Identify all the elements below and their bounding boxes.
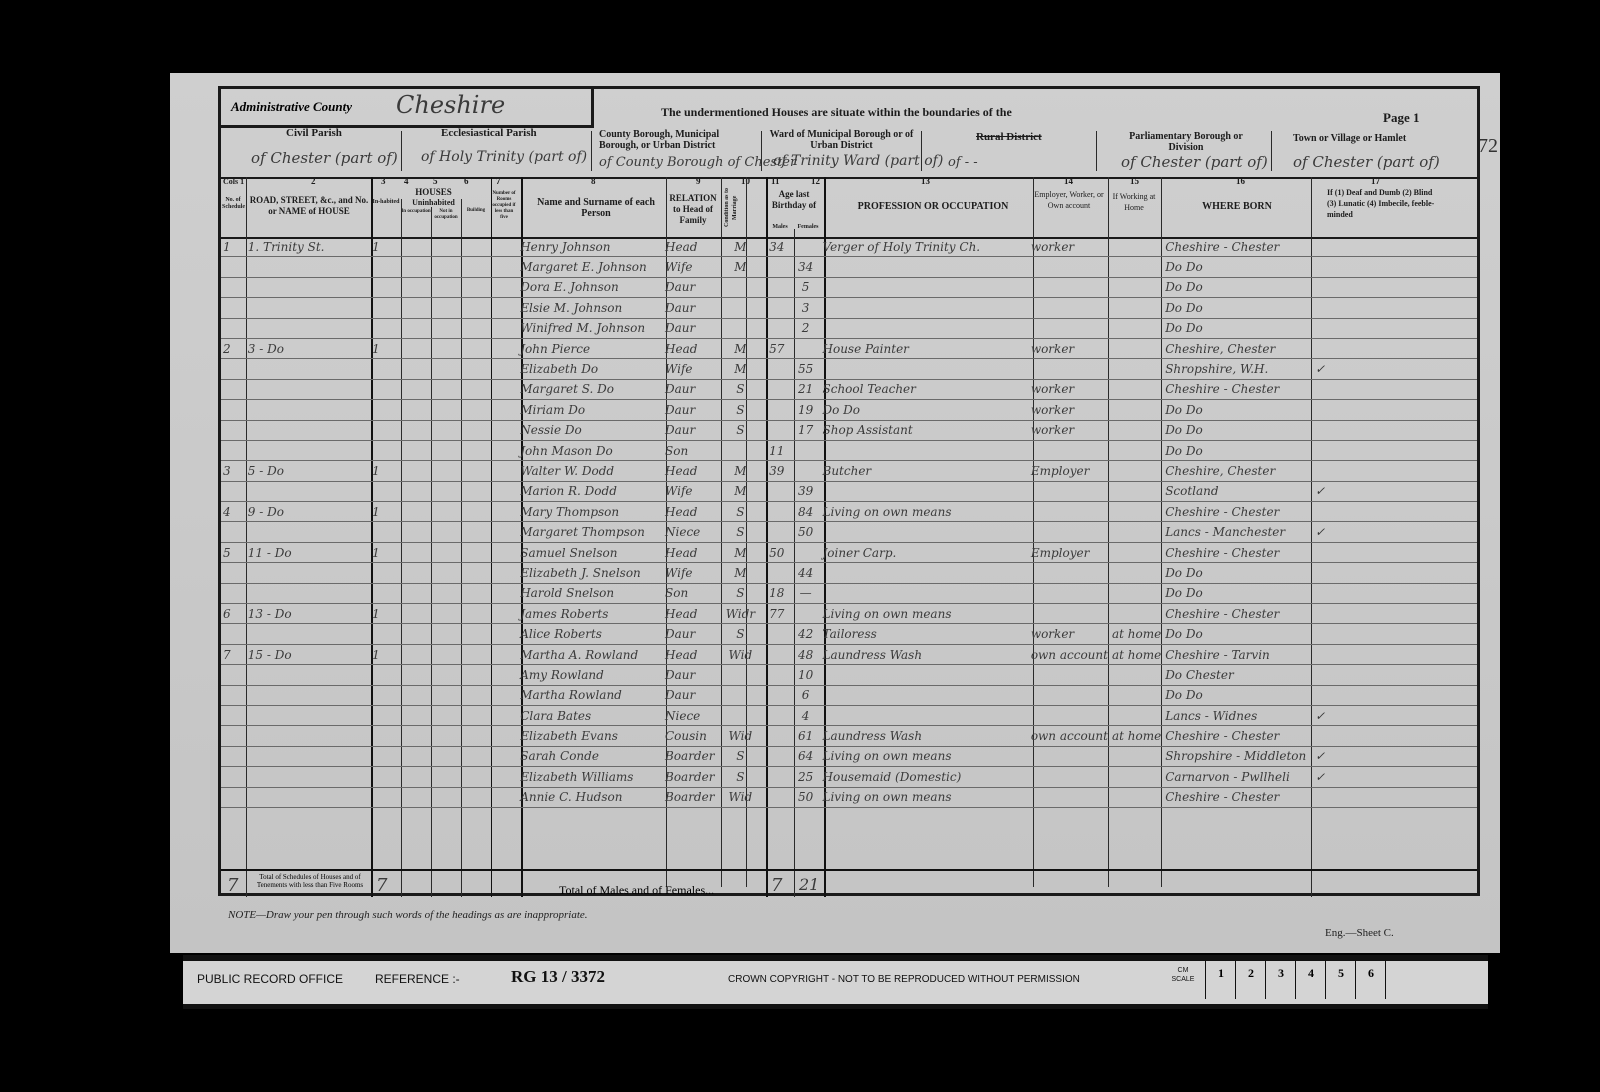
male-age-cell [763, 257, 791, 277]
uninhabited-cell [400, 604, 489, 624]
at-home-cell [1110, 522, 1163, 542]
condition-cell: M [718, 481, 763, 501]
occupation-cell: Butcher [821, 461, 1029, 481]
inhabited-cell [370, 665, 400, 685]
condition-cell: S [718, 502, 763, 522]
schedule-cell [221, 767, 246, 787]
inhabited-cell [370, 685, 400, 705]
road-cell: 3 - Do [246, 338, 370, 358]
col-athome-header: If Working at Home [1109, 191, 1159, 213]
col-name-header: Name and Surname of each Person [531, 197, 661, 219]
name-cell: Walter W. Dodd [518, 461, 663, 481]
infirmity-cell [1313, 257, 1477, 277]
infirmity-cell [1313, 237, 1477, 257]
table-row: Winifred M. JohnsonDaur2Do Do [221, 318, 1477, 338]
road-cell: 1. Trinity St. [246, 237, 370, 257]
male-age-cell [763, 502, 791, 522]
male-age-cell [763, 277, 791, 297]
birthplace-cell: Cheshire - Chester [1163, 787, 1313, 807]
condition-cell: S [718, 767, 763, 787]
schedule-cell: 4 [221, 502, 246, 522]
road-cell [246, 726, 370, 746]
birthplace-cell: Cheshire - Tarvin [1163, 644, 1313, 664]
rooms-cell [489, 420, 519, 440]
condition-cell: M [718, 359, 763, 379]
schedule-cell [221, 359, 246, 379]
infirmity-cell [1313, 644, 1477, 664]
inhabited-cell: 1 [370, 502, 400, 522]
female-age-cell [791, 338, 821, 358]
at-home-cell [1110, 420, 1163, 440]
schedule-cell [221, 563, 246, 583]
schedule-cell: 7 [221, 644, 246, 664]
side-page-number: 72 [1478, 135, 1498, 158]
uninhabited-cell [400, 787, 489, 807]
at-home-cell [1110, 400, 1163, 420]
rooms-cell [489, 542, 519, 562]
birthplace-cell: Do Do [1163, 440, 1313, 460]
at-home-cell [1110, 665, 1163, 685]
schedule-cell: 5 [221, 542, 246, 562]
total-houses: 7 [376, 875, 387, 896]
inhabited-cell [370, 787, 400, 807]
schedule-cell: 2 [221, 338, 246, 358]
schedule-cell: 1 [221, 237, 246, 257]
name-cell: Nessie Do [518, 420, 663, 440]
employer-cell: own account [1029, 726, 1110, 746]
occupation-cell [821, 277, 1029, 297]
relation-cell: Boarder [663, 787, 718, 807]
condition-cell: M [718, 338, 763, 358]
uninhabited-cell [400, 542, 489, 562]
name-cell: Alice Roberts [518, 624, 663, 644]
birthplace-cell: Do Do [1163, 257, 1313, 277]
road-cell [246, 624, 370, 644]
schedule-cell: 3 [221, 461, 246, 481]
inhabited-cell [370, 420, 400, 440]
county-borough-value: of County Borough of Chester [599, 155, 796, 170]
at-home-cell [1110, 685, 1163, 705]
occupation-cell [821, 318, 1029, 338]
condition-cell: S [718, 583, 763, 603]
uninhabited-cell [400, 277, 489, 297]
road-cell [246, 705, 370, 725]
male-age-cell [763, 644, 791, 664]
inhabited-cell [370, 379, 400, 399]
table-row: Harold SnelsonSonS18—Do Do [221, 583, 1477, 603]
uninhabited-cell [400, 359, 489, 379]
condition-cell: S [718, 746, 763, 766]
table-row: Elizabeth EvansCousinWid61Laundress Wash… [221, 726, 1477, 746]
uninhabited-cell [400, 237, 489, 257]
table-row: Margaret S. DoDaurS21School Teacherworke… [221, 379, 1477, 399]
infirmity-cell [1313, 542, 1477, 562]
col-employer-header: Employer, Worker, or Own account [1033, 189, 1105, 211]
relation-cell: Daur [663, 665, 718, 685]
at-home-cell [1110, 787, 1163, 807]
schedule-cell [221, 583, 246, 603]
female-age-cell: 3 [791, 298, 821, 318]
infirmity-cell [1313, 379, 1477, 399]
birthplace-cell: Carnarvon - Pwllheli [1163, 767, 1313, 787]
relation-cell: Daur [663, 379, 718, 399]
name-cell: Clara Bates [518, 705, 663, 725]
inhabited-cell [370, 359, 400, 379]
relation-cell: Head [663, 237, 718, 257]
at-home-cell: at home [1110, 726, 1163, 746]
col-road-header: ROAD, STREET, &c., and No. or NAME of HO… [249, 195, 369, 217]
relation-cell: Cousin [663, 726, 718, 746]
schedule-cell [221, 440, 246, 460]
rooms-cell [489, 604, 519, 624]
civil-parish-label: Civil Parish [286, 127, 342, 139]
name-cell: Martha A. Rowland [518, 644, 663, 664]
uninhabited-cell [400, 522, 489, 542]
inhabited-cell: 1 [370, 237, 400, 257]
birthplace-cell: Cheshire - Chester [1163, 726, 1313, 746]
birthplace-cell: Cheshire - Chester [1163, 604, 1313, 624]
occupation-cell: Housemaid (Domestic) [821, 767, 1029, 787]
name-cell: Marion R. Dodd [518, 481, 663, 501]
road-cell [246, 665, 370, 685]
road-cell: 5 - Do [246, 461, 370, 481]
name-cell: Mary Thompson [518, 502, 663, 522]
schedule-cell [221, 318, 246, 338]
condition-cell [718, 665, 763, 685]
name-cell: Elizabeth Do [518, 359, 663, 379]
employer-cell [1029, 705, 1110, 725]
male-age-cell: 11 [763, 440, 791, 460]
occupation-cell: Laundress Wash [821, 726, 1029, 746]
uninhabited-cell [400, 583, 489, 603]
road-cell [246, 583, 370, 603]
condition-cell: S [718, 624, 763, 644]
infirmity-cell [1313, 400, 1477, 420]
female-age-cell: 25 [791, 767, 821, 787]
inhabited-cell [370, 563, 400, 583]
road-cell: 9 - Do [246, 502, 370, 522]
schedule-cell [221, 257, 246, 277]
table-row: Miriam DoDaurS19Do DoworkerDo Do [221, 400, 1477, 420]
occupation-cell [821, 481, 1029, 501]
infirmity-cell [1313, 420, 1477, 440]
employer-cell [1029, 502, 1110, 522]
female-age-cell: 4 [791, 705, 821, 725]
occupation-cell [821, 563, 1029, 583]
employer-cell [1029, 787, 1110, 807]
male-age-cell [763, 624, 791, 644]
birthplace-cell: Do Do [1163, 563, 1313, 583]
road-cell [246, 440, 370, 460]
at-home-cell [1110, 379, 1163, 399]
employer-cell [1029, 563, 1110, 583]
uninhabited-cell [400, 665, 489, 685]
relation-cell: Daur [663, 298, 718, 318]
infirmity-cell [1313, 665, 1477, 685]
employer-cell [1029, 685, 1110, 705]
inhabited-cell [370, 522, 400, 542]
employer-cell: Employer [1029, 461, 1110, 481]
female-age-cell: 6 [791, 685, 821, 705]
occupation-cell [821, 583, 1029, 603]
condition-cell: M [718, 257, 763, 277]
condition-cell: M [718, 563, 763, 583]
schedule-cell [221, 726, 246, 746]
occupation-cell: House Painter [821, 338, 1029, 358]
uninhabited-cell [400, 440, 489, 460]
name-cell: Harold Snelson [518, 583, 663, 603]
occupation-cell [821, 685, 1029, 705]
name-cell: Margaret Thompson [518, 522, 663, 542]
rooms-cell [489, 338, 519, 358]
employer-cell: worker [1029, 338, 1110, 358]
col-age-header: Age last Birthday of [769, 189, 819, 211]
schedule-cell [221, 787, 246, 807]
employer-cell: own account [1029, 644, 1110, 664]
occupation-cell: Living on own means [821, 502, 1029, 522]
rooms-cell [489, 481, 519, 501]
female-age-cell: 10 [791, 665, 821, 685]
relation-cell: Niece [663, 522, 718, 542]
infirmity-cell [1313, 318, 1477, 338]
uninhabited-cell [400, 624, 489, 644]
uninhabited-cell [400, 420, 489, 440]
at-home-cell [1110, 461, 1163, 481]
female-age-cell: 84 [791, 502, 821, 522]
inhabited-cell [370, 318, 400, 338]
inhabited-cell [370, 746, 400, 766]
birthplace-cell: Cheshire - Chester [1163, 502, 1313, 522]
birthplace-cell: Do Do [1163, 685, 1313, 705]
col-occupation-header: PROFESSION OR OCCUPATION [833, 201, 1033, 212]
employer-cell: worker [1029, 420, 1110, 440]
uninhabited-cell [400, 481, 489, 501]
uninhabited-cell [400, 705, 489, 725]
occupation-cell: Shop Assistant [821, 420, 1029, 440]
birthplace-cell: Do Do [1163, 298, 1313, 318]
schedule-cell [221, 705, 246, 725]
relation-cell: Head [663, 644, 718, 664]
infirmity-cell: ✓ [1313, 359, 1477, 379]
female-age-cell: 64 [791, 746, 821, 766]
rooms-cell [489, 767, 519, 787]
name-cell: Sarah Conde [518, 746, 663, 766]
rural-district-value: of - - [948, 155, 978, 170]
female-age-cell: 48 [791, 644, 821, 664]
infirmity-cell [1313, 685, 1477, 705]
at-home-cell [1110, 604, 1163, 624]
cm-scale-label: CM SCALE [1168, 966, 1198, 984]
condition-cell: M [718, 237, 763, 257]
occupation-cell: Tailoress [821, 624, 1029, 644]
name-cell: Annie C. Hudson [518, 787, 663, 807]
infirmity-cell [1313, 277, 1477, 297]
schedule-cell [221, 624, 246, 644]
rooms-cell [489, 563, 519, 583]
birthplace-cell: Shropshire - Middleton [1163, 746, 1313, 766]
table-row: Margaret E. JohnsonWifeM34Do Do [221, 257, 1477, 277]
at-home-cell [1110, 542, 1163, 562]
inhabited-cell [370, 726, 400, 746]
road-cell [246, 767, 370, 787]
inhabited-cell: 1 [370, 542, 400, 562]
male-age-cell [763, 420, 791, 440]
birthplace-cell: Do Do [1163, 277, 1313, 297]
birthplace-cell: Shropshire, W.H. [1163, 359, 1313, 379]
relation-cell: Daur [663, 685, 718, 705]
name-cell: Winifred M. Johnson [518, 318, 663, 338]
total-males: 7 [771, 875, 782, 896]
table-row: 11. Trinity St.1Henry JohnsonHeadM34Verg… [221, 237, 1477, 257]
rooms-cell [489, 400, 519, 420]
rooms-cell [489, 583, 519, 603]
name-cell: John Mason Do [518, 440, 663, 460]
schedule-cell [221, 277, 246, 297]
female-age-cell: 39 [791, 481, 821, 501]
female-age-cell [791, 604, 821, 624]
road-cell [246, 685, 370, 705]
occupation-cell: Living on own means [821, 746, 1029, 766]
relation-cell: Daur [663, 400, 718, 420]
condition-cell: M [718, 461, 763, 481]
relation-cell: Wife [663, 257, 718, 277]
relation-cell: Head [663, 604, 718, 624]
inhabited-cell [370, 767, 400, 787]
condition-cell: Widr [718, 604, 763, 624]
road-cell [246, 400, 370, 420]
table-row: Elizabeth J. SnelsonWifeM44Do Do [221, 563, 1477, 583]
town-value: of Chester (part of) [1293, 153, 1440, 171]
uninhabited-cell [400, 563, 489, 583]
eccl-parish-value: of Holy Trinity (part of) [421, 149, 587, 165]
male-age-cell [763, 767, 791, 787]
birthplace-cell: Do Do [1163, 318, 1313, 338]
male-age-cell [763, 359, 791, 379]
occupation-cell: Do Do [821, 400, 1029, 420]
inhabited-cell [370, 298, 400, 318]
uninhabited-cell [400, 298, 489, 318]
birthplace-cell: Do Do [1163, 624, 1313, 644]
rooms-cell [489, 787, 519, 807]
employer-cell [1029, 440, 1110, 460]
office-label: PUBLIC RECORD OFFICE [197, 972, 343, 986]
infirmity-cell: ✓ [1313, 746, 1477, 766]
table-row: Nessie DoDaurS17Shop AssistantworkerDo D… [221, 420, 1477, 440]
schedule-cell [221, 420, 246, 440]
relation-cell: Head [663, 338, 718, 358]
male-age-cell [763, 665, 791, 685]
birthplace-cell: Do Chester [1163, 665, 1313, 685]
occupation-cell: Living on own means [821, 604, 1029, 624]
infirmity-cell [1313, 787, 1477, 807]
eccl-parish-label: Ecclesiastical Parish [441, 127, 537, 139]
inhabited-cell [370, 624, 400, 644]
infirmity-cell: ✓ [1313, 481, 1477, 501]
rooms-cell [489, 440, 519, 460]
male-age-cell [763, 379, 791, 399]
cm-scale: 1 2 3 4 5 6 [1205, 961, 1485, 999]
total-males-females-label: Total of Males and of Females... [559, 883, 714, 898]
birthplace-cell: Do Do [1163, 583, 1313, 603]
birthplace-cell: Do Do [1163, 420, 1313, 440]
birthplace-cell: Cheshire, Chester [1163, 461, 1313, 481]
relation-cell: Head [663, 461, 718, 481]
uninhabited-cell [400, 400, 489, 420]
schedule-cell [221, 665, 246, 685]
table-row: Elizabeth DoWifeM55Shropshire, W.H.✓ [221, 359, 1477, 379]
male-age-cell: 57 [763, 338, 791, 358]
rooms-cell [489, 726, 519, 746]
birthplace-cell: Scotland [1163, 481, 1313, 501]
name-cell: John Pierce [518, 338, 663, 358]
condition-cell: S [718, 420, 763, 440]
occupation-cell [821, 257, 1029, 277]
ward-value: of Trinity Ward (part of) [773, 153, 943, 169]
birthplace-cell: Lancs - Widnes [1163, 705, 1313, 725]
rooms-cell [489, 644, 519, 664]
male-age-cell [763, 787, 791, 807]
condition-cell: Wid [718, 644, 763, 664]
rooms-cell [489, 685, 519, 705]
uninhabited-cell [400, 461, 489, 481]
at-home-cell: at home [1110, 644, 1163, 664]
at-home-cell [1110, 705, 1163, 725]
occupation-cell: School Teacher [821, 379, 1029, 399]
note-text: NOTE—Draw your pen through such words of… [228, 909, 588, 921]
uninhabited-cell [400, 379, 489, 399]
at-home-cell [1110, 237, 1163, 257]
schedule-cell [221, 379, 246, 399]
table-row: 23 - Do1John PierceHeadM57House Painterw… [221, 338, 1477, 358]
female-age-cell: 42 [791, 624, 821, 644]
name-cell: Samuel Snelson [518, 542, 663, 562]
census-sheet: 72 Administrative County Cheshire The un… [170, 73, 1500, 953]
infirmity-cell [1313, 726, 1477, 746]
relation-cell: Wife [663, 481, 718, 501]
totals-row: 7 Total of Schedules of Houses and of Te… [221, 871, 1477, 911]
relation-cell: Son [663, 440, 718, 460]
relation-cell: Son [663, 583, 718, 603]
male-age-cell: 50 [763, 542, 791, 562]
table-row: 511 - Do1Samuel SnelsonHeadM50Joiner Car… [221, 542, 1477, 562]
uninhabited-cell [400, 685, 489, 705]
male-age-cell: 77 [763, 604, 791, 624]
schedule-cell [221, 481, 246, 501]
road-cell [246, 277, 370, 297]
reference-value: RG 13 / 3372 [511, 967, 605, 987]
male-age-cell [763, 746, 791, 766]
table-row: Alice RobertsDaurS42Tailoressworkerat ho… [221, 624, 1477, 644]
county-borough-label: County Borough, Municipal Borough, or Ur… [599, 129, 749, 151]
total-schedules-label: Total of Schedules of Houses and of Tene… [251, 873, 369, 889]
road-cell: 15 - Do [246, 644, 370, 664]
female-age-cell: 2 [791, 318, 821, 338]
infirmity-cell [1313, 604, 1477, 624]
schedule-cell [221, 685, 246, 705]
relation-cell: Daur [663, 420, 718, 440]
uninhabited-cell [400, 644, 489, 664]
condition-cell [718, 440, 763, 460]
rooms-cell [489, 705, 519, 725]
inhabited-cell [370, 705, 400, 725]
at-home-cell [1110, 440, 1163, 460]
occupation-cell [821, 440, 1029, 460]
schedule-cell [221, 746, 246, 766]
employer-cell: worker [1029, 400, 1110, 420]
admin-county-box: Administrative County Cheshire [221, 89, 594, 128]
infirmity-cell: ✓ [1313, 522, 1477, 542]
form-header: Administrative County Cheshire The under… [221, 89, 1477, 179]
